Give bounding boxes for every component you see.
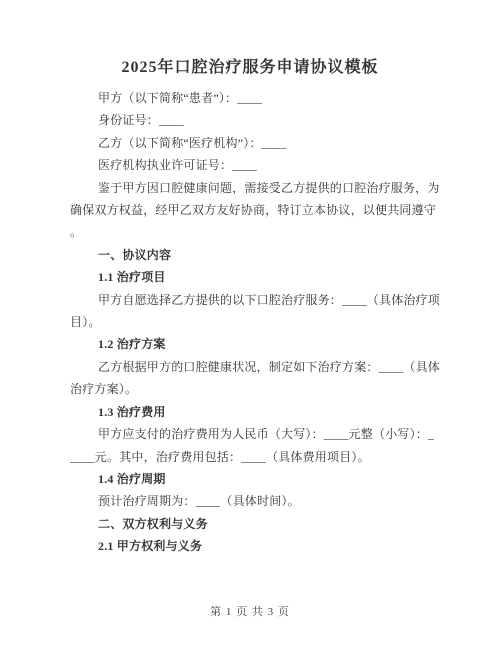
section-1-2-heading: 1.2 治疗方案 bbox=[70, 333, 430, 355]
license-number-line: 医疗机构执业许可证号：____ bbox=[70, 154, 430, 176]
section-1-1-heading: 1.1 治疗项目 bbox=[70, 266, 430, 288]
section-1-1-body-line-1: 甲方自愿选择乙方提供的以下口腔治疗服务：____（具体治疗项 bbox=[70, 289, 430, 311]
section-1-1-body-line-2: 目）。 bbox=[70, 311, 430, 333]
preamble-line-3: 。 bbox=[70, 221, 430, 243]
party-b-line: 乙方（以下简称“医疗机构”）：____ bbox=[70, 132, 430, 154]
preamble-line-1: 鉴于甲方因口腔健康问题，需接受乙方提供的口腔治疗服务，为 bbox=[70, 177, 430, 199]
id-number-line: 身份证号：____ bbox=[70, 109, 430, 131]
section-1-2-body-line-1: 乙方根据甲方的口腔健康状况，制定如下治疗方案：____（具体 bbox=[70, 356, 430, 378]
document-title: 2025年口腔治疗服务申请协议模板 bbox=[0, 0, 500, 78]
document-page: 2025年口腔治疗服务申请协议模板 甲方（以下简称“患者”）：____ 身份证号… bbox=[0, 0, 500, 647]
document-body: 甲方（以下简称“患者”）：____ 身份证号：____ 乙方（以下简称“医疗机构… bbox=[0, 78, 500, 558]
section-1-3-heading: 1.3 治疗费用 bbox=[70, 401, 430, 423]
section-2-heading: 二、双方权利与义务 bbox=[70, 513, 430, 535]
section-2-1-heading: 2.1 甲方权利与义务 bbox=[70, 535, 430, 557]
preamble-line-2: 确保双方权益，经甲乙双方友好协商，特订立本协议，以便共同遵守 bbox=[70, 199, 430, 221]
party-a-line: 甲方（以下简称“患者”）：____ bbox=[70, 87, 430, 109]
section-1-heading: 一、协议内容 bbox=[70, 244, 430, 266]
page-number-footer: 第 1 页 共 3 页 bbox=[0, 603, 500, 619]
section-1-4-body: 预计治疗周期为：____（具体时间）。 bbox=[70, 490, 430, 512]
section-1-3-body-line-2: ____元。其中，治疗费用包括：____（具体费用项目）。 bbox=[70, 446, 430, 468]
section-1-4-heading: 1.4 治疗周期 bbox=[70, 468, 430, 490]
section-1-3-body-line-1: 甲方应支付的治疗费用为人民币（大写）：____元整（小写）：_ bbox=[70, 423, 430, 445]
section-1-2-body-line-2: 治疗方案）。 bbox=[70, 378, 430, 400]
